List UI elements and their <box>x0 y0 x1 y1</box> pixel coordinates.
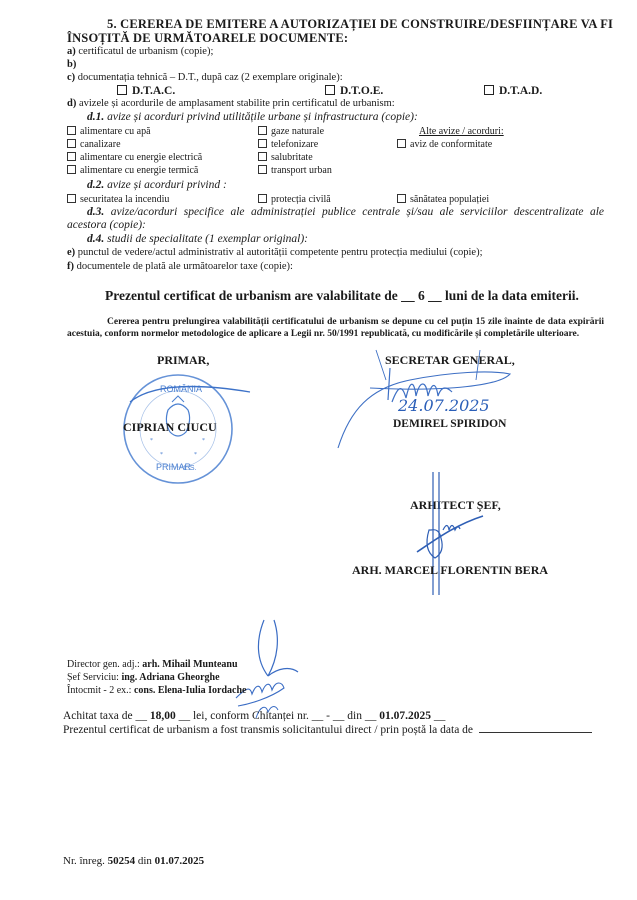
other-avize-heading: Alte avize / acorduri: <box>419 126 504 137</box>
item-e-label: e) <box>67 247 75 258</box>
checkbox-icon <box>258 126 267 135</box>
checkbox-label: gaze naturale <box>271 126 324 137</box>
staff-row-director: Director gen. adj.: arh. Mihail Munteanu <box>67 659 238 670</box>
item-d1-label: d.1. <box>87 111 104 123</box>
item-d2: d.2. avize și acorduri privind : <box>87 179 227 191</box>
transmission-text: Prezentul certificat de urbanism a fost … <box>63 724 473 736</box>
item-a-label: a) <box>67 46 76 57</box>
transmission-date-blank[interactable] <box>479 732 592 733</box>
checkbox-label: alimentare cu apă <box>80 126 151 137</box>
checkbox-icon <box>484 85 494 95</box>
staff-role: Șef Serviciu: <box>67 672 119 683</box>
checkbox-protectia-civila[interactable]: protecția civilă <box>258 194 331 205</box>
mayor-name: CIPRIAN CIUCU <box>123 420 217 435</box>
checkbox-transport-urban[interactable]: transport urban <box>258 165 332 176</box>
checkbox-dtoe[interactable]: D.T.O.E. <box>325 85 383 97</box>
checkbox-icon <box>258 139 267 148</box>
checkbox-icon <box>258 165 267 174</box>
item-e: e) punctul de vedere/actul administrativ… <box>67 247 482 258</box>
payment-date: 01.07.2025 <box>379 710 431 722</box>
checkbox-icon <box>67 139 76 148</box>
transmission-line: Prezentul certificat de urbanism a fost … <box>63 724 592 736</box>
payment-line: Achitat taxa de __ 18,00 __ lei, conform… <box>63 710 445 722</box>
checkbox-energie-termica[interactable]: alimentare cu energie termică <box>67 165 198 176</box>
validity-suffix: __ luni de la data emiterii. <box>428 288 579 303</box>
svg-text:*: * <box>194 452 197 458</box>
checkbox-icon <box>67 165 76 174</box>
section-title-line2: ÎNSOȚITĂ DE URMĂTOARELE DOCUMENTE: <box>67 31 348 46</box>
checkbox-gaze-naturale[interactable]: gaze naturale <box>258 126 324 137</box>
checkbox-label: protecția civilă <box>271 194 331 205</box>
payment-prefix: Achitat taxa de __ <box>63 710 147 722</box>
checkbox-label: canalizare <box>80 139 121 150</box>
registration-prefix: Nr. înreg. <box>63 855 105 867</box>
item-a-text: certificatul de urbanism (copie); <box>78 46 213 57</box>
staff-role: Întocmit - 2 ex.: <box>67 685 131 696</box>
checkbox-label: telefonizare <box>271 139 318 150</box>
item-c-label: c) <box>67 72 75 83</box>
checkbox-telefonizare[interactable]: telefonizare <box>258 139 318 150</box>
item-d1-text: avize și acorduri privind utilitățile ur… <box>107 111 418 123</box>
secretary-date-handwritten: 24.07.2025 <box>398 396 490 415</box>
registration-number: 50254 <box>108 855 136 867</box>
item-b-label: b) <box>67 59 76 70</box>
item-d-label: d) <box>67 98 76 109</box>
item-c-text: documentația tehnică – D.T., după caz (2… <box>78 72 343 83</box>
checkbox-icon <box>67 126 76 135</box>
checkbox-label: securitatea la incendiu <box>80 194 169 205</box>
staff-name: cons. Elena-Iulia Iordache <box>134 685 247 696</box>
registration-date: 01.07.2025 <box>155 855 205 867</box>
checkbox-energie-electrica[interactable]: alimentare cu energie electrică <box>67 152 202 163</box>
registration-mid: din <box>138 855 152 867</box>
secretary-name: DEMIREL SPIRIDON <box>393 418 506 430</box>
checkbox-label: alimentare cu energie termică <box>80 165 198 176</box>
checkbox-icon <box>117 85 127 95</box>
item-d1: d.1. avize și acorduri privind utilități… <box>87 111 418 123</box>
dtad-label: D.T.A.D. <box>499 85 542 97</box>
staff-row-intocmit: Întocmit - 2 ex.: cons. Elena-Iulia Iord… <box>67 685 246 696</box>
validity-prefix: Prezentul certificat de urbanism are val… <box>105 288 415 303</box>
checkbox-sanatatea-populatiei[interactable]: sănătatea populației <box>397 194 489 205</box>
item-d3-text: avize/acorduri specifice ale administraț… <box>67 206 604 231</box>
staff-role: Director gen. adj.: <box>67 659 140 670</box>
staff-row-sef-serviciu: Șef Serviciu: ing. Adriana Gheorghe <box>67 672 220 683</box>
checkbox-dtad[interactable]: D.T.A.D. <box>484 85 542 97</box>
checkbox-label: sănătatea populației <box>410 194 489 205</box>
item-f-label: f) <box>67 261 74 272</box>
dtoe-label: D.T.O.E. <box>340 85 383 97</box>
staff-name: ing. Adriana Gheorghe <box>121 672 219 683</box>
stamp-top-text: ROMÂNIA <box>160 384 202 394</box>
item-d: d) avizele și acordurile de amplasament … <box>67 98 395 109</box>
item-d3-label: d.3. <box>87 206 104 218</box>
checkbox-label: alimentare cu energie electrică <box>80 152 202 163</box>
payment-end: __ <box>434 710 446 722</box>
mayor-title: PRIMAR, <box>157 353 209 368</box>
checkbox-salubritate[interactable]: salubritate <box>258 152 313 163</box>
dtac-label: D.T.A.C. <box>132 85 175 97</box>
checkbox-canalizare[interactable]: canalizare <box>67 139 121 150</box>
checkbox-label: transport urban <box>271 165 332 176</box>
stamp-ls-text: L.S. <box>184 465 197 472</box>
checkbox-label: salubritate <box>271 152 313 163</box>
checkbox-icon <box>67 152 76 161</box>
checkbox-securitate-incendiu[interactable]: securitatea la incendiu <box>67 194 169 205</box>
payment-receipt: __ lei, conform Chitanței nr. __ - __ di… <box>179 710 377 722</box>
checkbox-alimentare-apa[interactable]: alimentare cu apă <box>67 126 151 137</box>
validity-months: 6 <box>418 288 425 303</box>
section-title-line1: 5. CEREREA DE EMITERE A AUTORIZAȚIEI DE … <box>107 17 613 32</box>
checkbox-icon <box>397 194 406 203</box>
architect-signature <box>415 470 495 600</box>
architect-name: ARH. MARCEL FLORENTIN BERA <box>352 563 548 578</box>
item-a: a) certificatul de urbanism (copie); <box>67 46 213 57</box>
checkbox-dtac[interactable]: D.T.A.C. <box>117 85 175 97</box>
checkbox-aviz-conformitate[interactable]: aviz de conformitate <box>397 139 492 150</box>
secretary-title: SECRETAR GENERAL, <box>385 353 515 368</box>
checkbox-icon <box>258 194 267 203</box>
staff-name: arh. Mihail Munteanu <box>142 659 237 670</box>
item-f-text: documentele de plată ale următoarelor ta… <box>77 261 293 272</box>
item-d3: d.3. avize/acorduri specifice ale admini… <box>67 206 604 232</box>
payment-amount: 18,00 <box>150 710 176 722</box>
item-d4-label: d.4. <box>87 233 104 245</box>
item-d2-text: avize și acorduri privind : <box>107 179 227 191</box>
item-d4-text: studii de specialitate (1 exemplar origi… <box>107 233 308 245</box>
svg-text:*: * <box>160 452 163 458</box>
checkbox-icon <box>258 152 267 161</box>
item-c: c) documentația tehnică – D.T., după caz… <box>67 72 343 83</box>
item-d2-label: d.2. <box>87 179 104 191</box>
validity-statement: Prezentul certificat de urbanism are val… <box>105 288 579 304</box>
checkbox-icon <box>67 194 76 203</box>
checkbox-icon <box>325 85 335 95</box>
checkbox-label: aviz de conformitate <box>410 139 492 150</box>
item-f: f) documentele de plată ale următoarelor… <box>67 261 293 272</box>
svg-text:*: * <box>202 438 205 444</box>
item-d4: d.4. studii de specialitate (1 exemplar … <box>87 233 308 245</box>
registration-line: Nr. înreg. 50254 din 01.07.2025 <box>63 855 204 867</box>
svg-text:*: * <box>150 438 153 444</box>
extension-note: Cererea pentru prelungirea valabilității… <box>67 316 604 340</box>
item-d-text: avizele și acordurile de amplasament sta… <box>79 98 395 109</box>
checkbox-icon <box>397 139 406 148</box>
item-e-text: punctul de vedere/actul administrativ al… <box>78 247 483 258</box>
